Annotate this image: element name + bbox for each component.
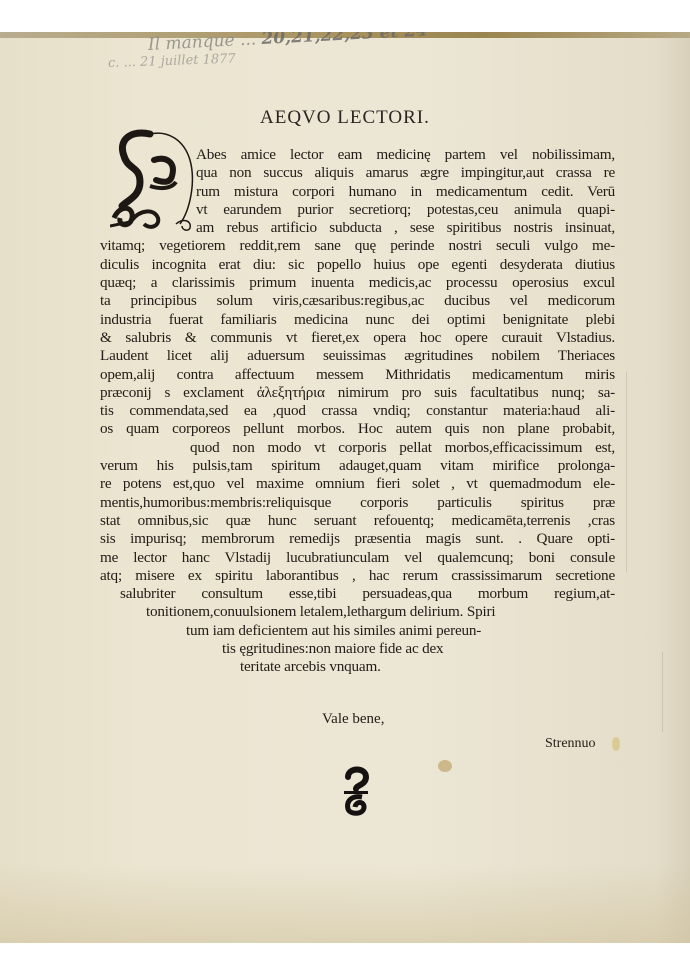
text-line: tis ęgritudines:non maiore fide ac dex — [100, 640, 615, 658]
text-line: mentis,humoribus:membris:reliquisque cor… — [100, 494, 615, 512]
closing-salutation: Vale bene, — [322, 711, 384, 728]
text-line: Laudent licet alij aduersum seuissimas æ… — [100, 347, 615, 365]
text-line: qua non succus aliquis amarus ægre impin… — [100, 164, 615, 182]
text-line: verum his pulsis,tam spiritum adauget,qu… — [100, 457, 615, 475]
paper-crease — [626, 372, 627, 572]
text-line: teritate arcebis vnquam. — [100, 658, 615, 676]
text-line: diculis incognita erat diu: sic popello … — [100, 256, 615, 274]
text-line: sis impurisq; membrorum remedijs præsent… — [100, 530, 615, 548]
catchword: Strennuo — [545, 736, 596, 752]
text-line: atq; misere ex spiritu laborantibus , ha… — [100, 567, 615, 585]
text-line: am rebus artificio subducta , sese spiri… — [100, 219, 615, 237]
text-line: vt earundem purior secretiorq; potestas,… — [100, 201, 615, 219]
text-line: tis commendata,sed ea ,quod crassa vndiq… — [100, 402, 615, 420]
signature-mark-icon — [340, 765, 372, 817]
handwritten-note-folio-numbers: 20,21,22,23 et 24 — [261, 32, 428, 49]
text-line: quod non modo vt corporis pellat morbos,… — [100, 439, 615, 457]
text-line: tum iam deficientem aut his similes anim… — [100, 622, 615, 640]
text-line: ta principibus solum viris,cæsaribus:reg… — [100, 292, 615, 310]
text-line: præconij s exclament ἀλεξητήρια nimirum … — [100, 384, 615, 402]
paper-crease — [662, 652, 663, 732]
text-line: re potens est,quo vel maxime omnium fier… — [100, 475, 615, 493]
text-line: opem,alij contra affectuum messem Mithri… — [100, 366, 615, 384]
handwritten-note-prefix: Il manque ... — [147, 32, 262, 55]
text-line: stat omnibus,sic quæ hunc seruant refoue… — [100, 512, 615, 530]
handwritten-note-top: Il manque ... 20,21,22,23 et 24 — [147, 32, 428, 55]
text-line: os quam corporeos pellunt morbos. Hoc au… — [100, 420, 615, 438]
text-line: industria fuerat familiaris medicina nun… — [100, 311, 615, 329]
book-page: Il manque ... 20,21,22,23 et 24 c. ... 2… — [0, 32, 690, 943]
text-line: salubriter consultum esse,tibi persuadea… — [100, 585, 615, 603]
handwritten-note-date: c. ... 21 juillet 1877 — [108, 52, 236, 71]
body-text: Abes amice lector eam medicinę partem ve… — [100, 146, 615, 677]
paper-stain — [438, 760, 452, 772]
text-line: me lector hanc Vlstadij lucubratiunculam… — [100, 549, 615, 567]
text-line: tonitionem,conuulsionem letalem,lethargu… — [100, 603, 615, 621]
text-line: Abes amice lector eam medicinę partem ve… — [100, 146, 615, 164]
paper-stain — [612, 737, 620, 751]
text-line: vitamq; vegetiorem reddit,rem sane quę p… — [100, 237, 615, 255]
text-line: & salubris & communis vt fieret,ex opera… — [100, 329, 615, 347]
text-line: rum mistura corpori humano in medicament… — [100, 183, 615, 201]
text-line: quæq; a clarissimis primum inuenta medic… — [100, 274, 615, 292]
page-heading: AEQVO LECTORI. — [260, 107, 430, 129]
